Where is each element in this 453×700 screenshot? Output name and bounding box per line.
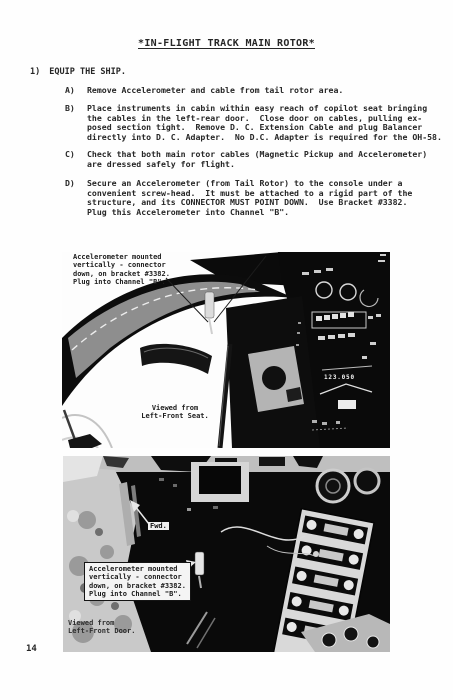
item-label: A) xyxy=(65,86,87,96)
item-text: Secure an Accelerometer (from Tail Rotor… xyxy=(87,179,412,217)
photo1-caption: Viewed from Left-Front Seat. xyxy=(127,404,223,421)
instruction-item-b: B) Place instruments in cabin within eas… xyxy=(65,104,442,142)
page-number: 14 xyxy=(26,644,37,654)
section-title: EQUIP THE SHIP. xyxy=(49,67,126,77)
instruction-item-c: C) Check that both main rotor cables (Ma… xyxy=(65,150,427,169)
section-number: 1) xyxy=(30,67,40,77)
cockpit-photo-left-front-seat: Accelerometer mounted vertically - conne… xyxy=(62,252,390,448)
manual-page: *IN-FLIGHT TRACK MAIN ROTOR* 1) EQUIP TH… xyxy=(0,0,453,700)
item-label: C) xyxy=(65,150,87,169)
item-label: B) xyxy=(65,104,87,142)
page-title: *IN-FLIGHT TRACK MAIN ROTOR* xyxy=(0,38,453,49)
instruction-item-d: D) Secure an Accelerometer (from Tail Ro… xyxy=(65,179,412,217)
instruction-item-a: A) Remove Accelerometer and cable from t… xyxy=(65,86,343,96)
cockpit-photo-left-front-door: Fwd. Accelerometer mounted vertically - … xyxy=(63,456,390,652)
section-heading-line: 1) EQUIP THE SHIP. xyxy=(30,67,126,77)
photo2-annotation: Accelerometer mounted vertically - conne… xyxy=(84,562,191,601)
photo1-annotation: Accelerometer mounted vertically - conne… xyxy=(73,253,170,286)
photo2-caption: Viewed from Left-Front Door. xyxy=(68,619,135,636)
item-label: D) xyxy=(65,179,87,217)
radio-frequency-display: 123.050 xyxy=(324,374,355,382)
item-text: Place instruments in cabin within easy r… xyxy=(87,104,442,142)
item-text: Remove Accelerometer and cable from tail… xyxy=(87,86,343,96)
fwd-label: Fwd. xyxy=(148,522,169,530)
item-text: Check that both main rotor cables (Magne… xyxy=(87,150,427,169)
